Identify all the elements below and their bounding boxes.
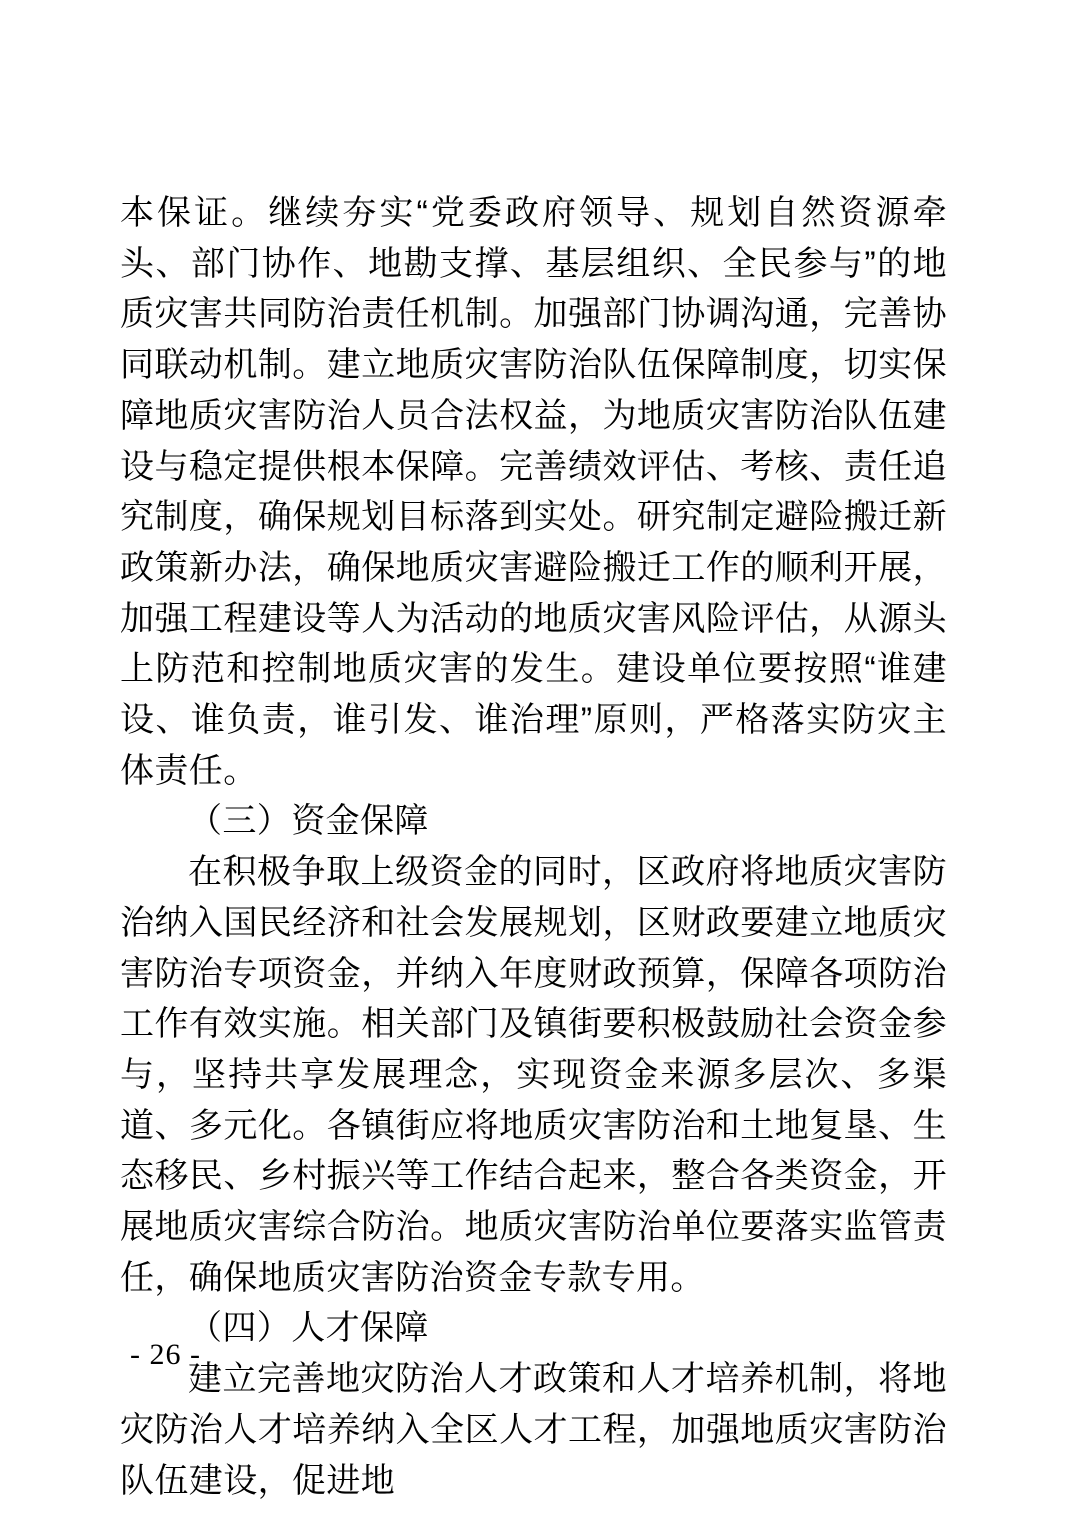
paragraph-responsibility-continuation: 本保证。继续夯实“党委政府领导、规划自然资源牵头、部门协作、地勘支撑、基层组织、… — [120, 188, 947, 796]
paragraph-funding-guarantee: 在积极争取上级资金的同时，区政府将地质灾害防治纳入国民经济和社会发展规划，区财政… — [120, 847, 947, 1303]
document-body: 本保证。继续夯实“党委政府领导、规划自然资源牵头、部门协作、地勘支撑、基层组织、… — [120, 188, 947, 1506]
page-number: - 26 - — [130, 1338, 201, 1372]
section-heading-funding-guarantee: （三）资金保障 — [120, 796, 947, 847]
document-page: 本保证。继续夯实“党委政府领导、规划自然资源牵头、部门协作、地勘支撑、基层组织、… — [0, 0, 1074, 1520]
paragraph-talent-guarantee: 建立完善地灾防治人才政策和人才培养机制，将地灾防治人才培养纳入全区人才工程，加强… — [120, 1354, 947, 1506]
section-heading-talent-guarantee: （四）人才保障 — [120, 1303, 947, 1354]
